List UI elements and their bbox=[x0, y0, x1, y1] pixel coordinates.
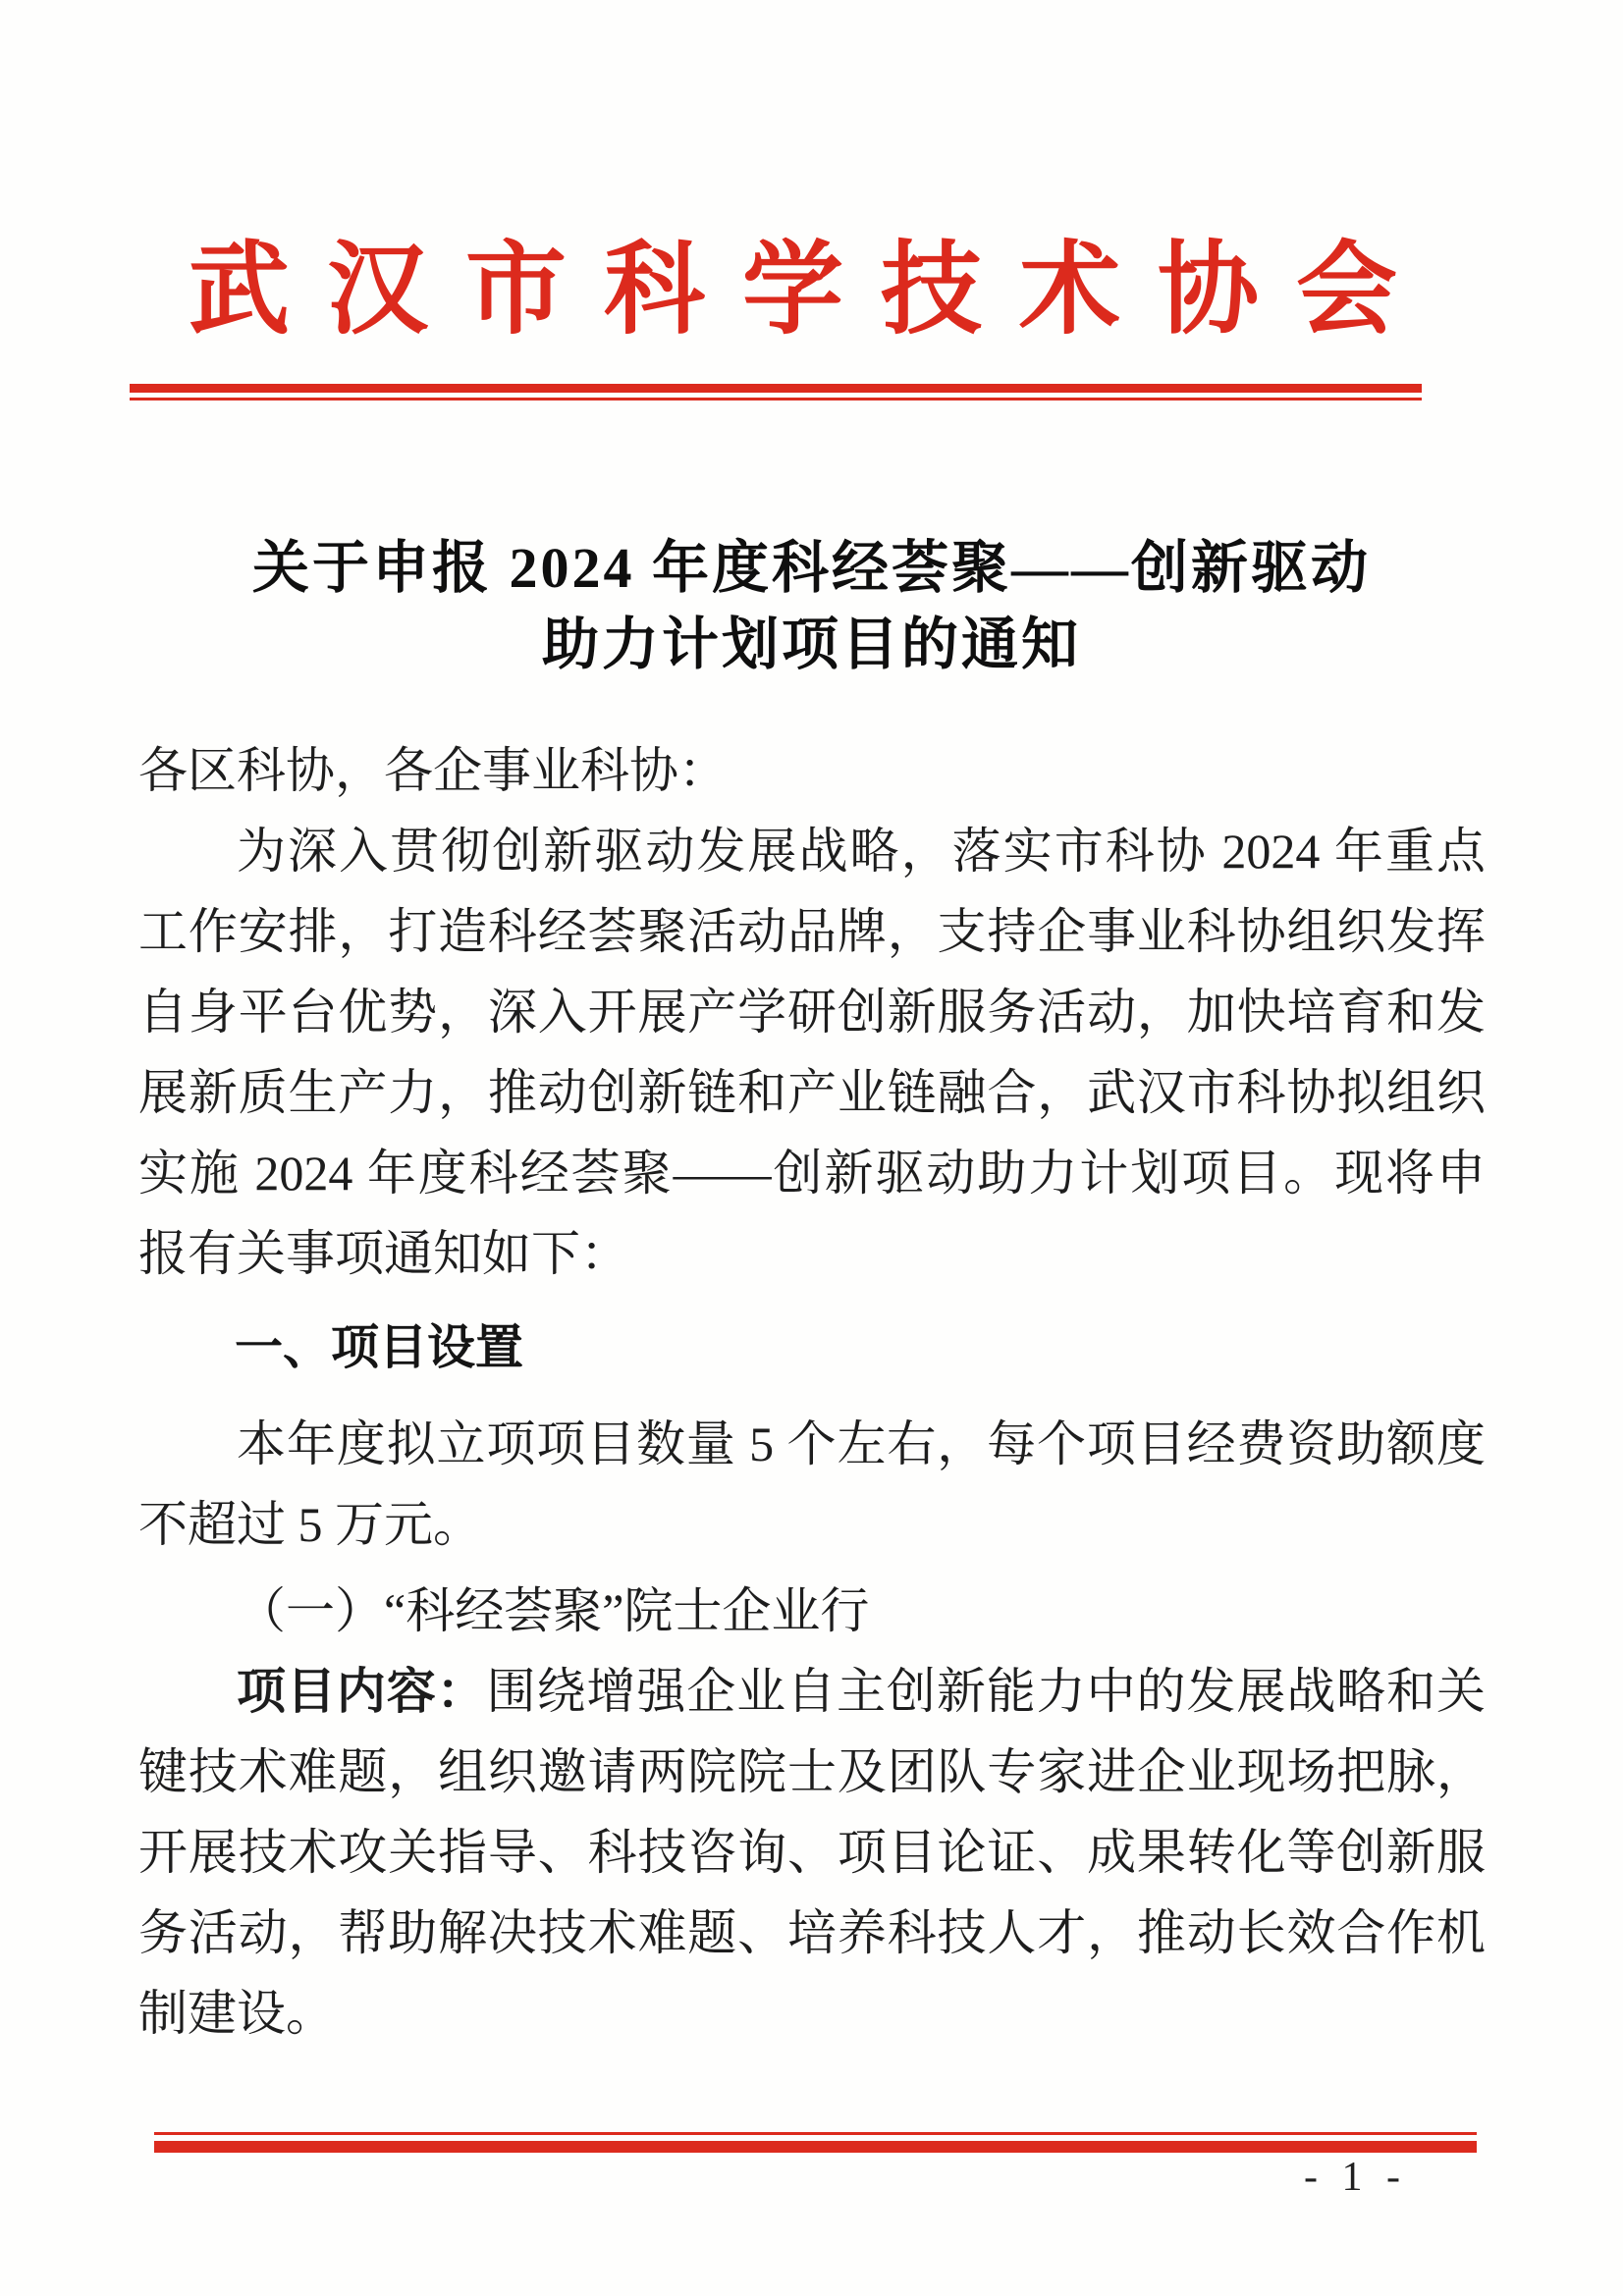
document-page: 武汉市科学技术协会 关于申报 2024 年度科经荟聚——创新驱动 助力计划项目的… bbox=[0, 0, 1623, 2296]
rule-thick bbox=[130, 384, 1422, 393]
document-title-line1: 关于申报 2024 年度科经荟聚——创新驱动 bbox=[0, 530, 1623, 607]
footer-double-rule bbox=[154, 2132, 1477, 2153]
project-content-label: 项目内容： bbox=[237, 1664, 487, 1719]
letterhead-double-rule bbox=[130, 384, 1422, 400]
document-title-line2: 助力计划项目的通知 bbox=[0, 607, 1623, 683]
paragraph-project-content: 项目内容：围绕增强企业自主创新能力中的发展战略和关键技术难题，组织邀请两院院士及… bbox=[138, 1651, 1486, 2054]
document-body: 各区科协，各企事业科协： 为深入贯彻创新驱动发展战略，落实市科协 2024 年重… bbox=[138, 730, 1486, 2054]
salutation: 各区科协，各企事业科协： bbox=[138, 730, 1486, 811]
subsection-heading-academician-program: （一）“科经荟聚”院士企业行 bbox=[138, 1571, 1486, 1651]
paragraph-intro: 为深入贯彻创新驱动发展战略，落实市科协 2024 年重点工作安排，打造科经荟聚活… bbox=[138, 811, 1486, 1294]
page-number: - 1 - bbox=[0, 2154, 1623, 2201]
rule-thick bbox=[154, 2141, 1477, 2153]
section-heading-project-setup: 一、项目设置 bbox=[138, 1308, 1486, 1388]
document-title: 关于申报 2024 年度科经荟聚——创新驱动 助力计划项目的通知 bbox=[0, 530, 1623, 683]
project-content-text: 围绕增强企业自主创新能力中的发展战略和关键技术难题，组织邀请两院院士及团队专家进… bbox=[138, 1664, 1486, 2041]
rule-thin bbox=[130, 398, 1422, 400]
letterhead-org-name: 武汉市科学技术协会 bbox=[0, 232, 1623, 351]
paragraph-project-quota: 本年度拟立项项目数量 5 个左右，每个项目经费资助额度不超过 5 万元。 bbox=[138, 1404, 1486, 1565]
